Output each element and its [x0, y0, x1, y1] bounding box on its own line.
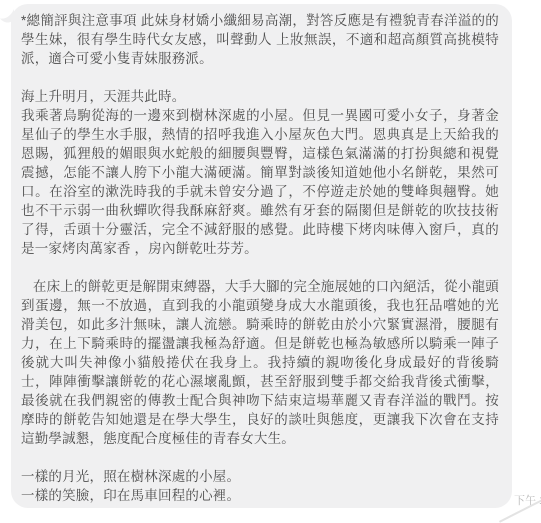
chat-message-area: *總簡評與注意事項 此妹身材嬌小纖細易高潮，對答反應是有禮貌青春洋溢的的學生妹，… — [0, 0, 541, 523]
received-message-bubble[interactable]: *總簡評與注意事項 此妹身材嬌小纖細易高潮，對答反應是有禮貌青春洋溢的的學生妹，… — [11, 4, 512, 508]
message-paragraph-summary: *總簡評與注意事項 此妹身材嬌小纖細易高潮，對答反應是有禮貌青春洋溢的的學生妹，… — [21, 11, 499, 68]
message-paragraph-body: 在床上的餅乾更是解開束縛器，大手大腳的完全施展她的口內絕活，從小龍頭到蛋邊，無一… — [21, 277, 499, 448]
message-paragraph-closing: 一樣的月光，照在樹林深處的小屋。 一樣的笑臉，印在馬車回程的心裡。 — [21, 467, 499, 505]
message-paragraph-intro: 海上升明月，天涯共此時。 我乘著烏駒從海的一邊來到樹林深處的小屋。但見一異國可愛… — [21, 87, 499, 258]
